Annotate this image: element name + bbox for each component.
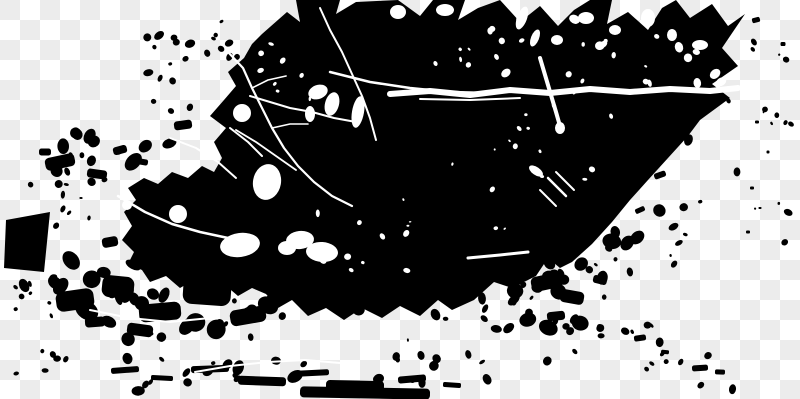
grunge-splatter-graphic bbox=[0, 0, 800, 399]
transparency-checkerboard bbox=[0, 0, 800, 399]
